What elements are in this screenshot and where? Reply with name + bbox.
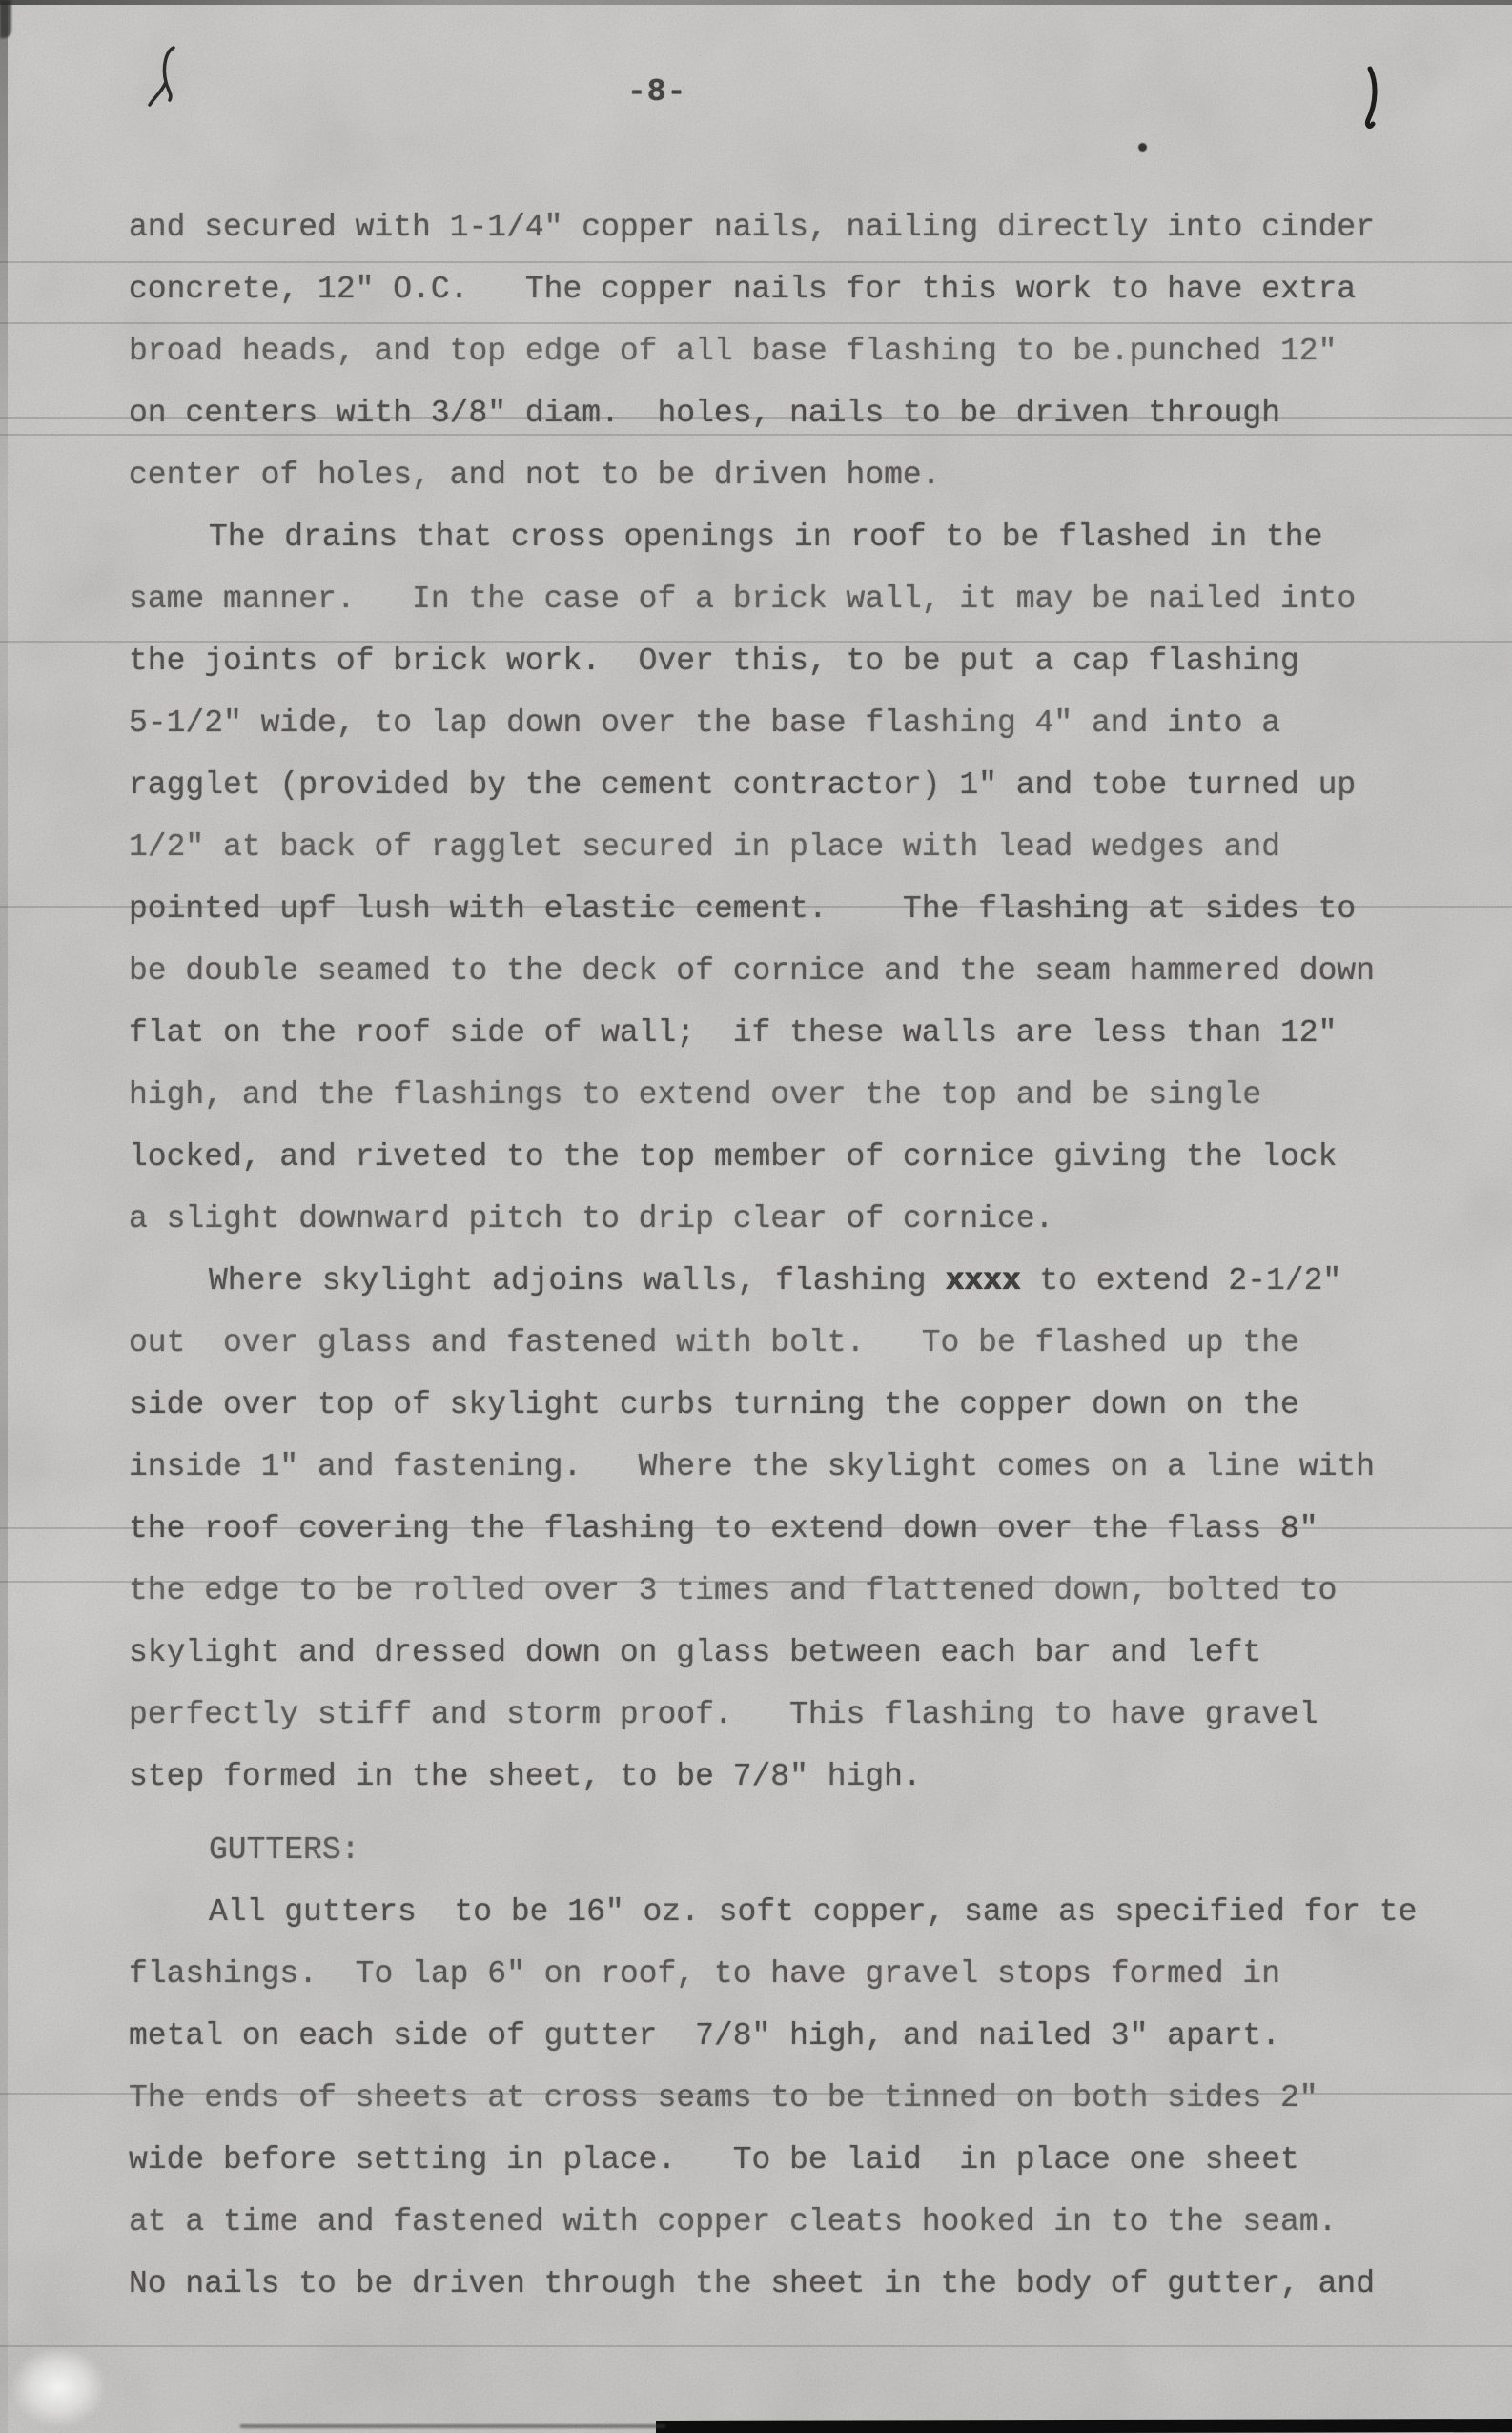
scan-bottom-light-patch	[13, 2349, 104, 2425]
text-line: at a time and fastened with copper cleat…	[129, 2191, 1463, 2253]
page-number: -8-	[627, 74, 686, 110]
document-text-block: and secured with 1-1/4" copper nails, na…	[129, 196, 1463, 2315]
text-line: wide before setting in place. To be laid…	[129, 2129, 1463, 2191]
text-line: The ends of sheets at cross seams to be …	[129, 2067, 1463, 2129]
text-line: 1/2" at back of ragglet secured in place…	[129, 816, 1463, 878]
text-line: same manner. In the case of a brick wall…	[129, 568, 1463, 630]
text-line: a slight downward pitch to drip clear of…	[129, 1188, 1463, 1250]
text-line: The drains that cross openings in roof t…	[129, 506, 1463, 568]
ink-dot-mark	[1138, 143, 1147, 152]
text-line: All gutters to be 16" oz. soft copper, s…	[129, 1881, 1463, 1943]
text-line: metal on each side of gutter 7/8" high, …	[129, 2005, 1463, 2067]
scan-streak	[0, 2345, 1512, 2347]
text-line: out over glass and fastened with bolt. T…	[129, 1312, 1463, 1374]
text-line: the joints of brick work. Over this, to …	[129, 630, 1463, 692]
text-line: be double seamed to the deck of cornice …	[129, 940, 1463, 1002]
scan-bottom-line	[240, 2424, 665, 2428]
scan-corner-blot	[0, 0, 11, 38]
text-line: 5-1/2" wide, to lap down over the base f…	[129, 692, 1463, 754]
scan-edge-left	[0, 0, 8, 2433]
text-line: ragglet (provided by the cement contract…	[129, 754, 1463, 816]
text-line: locked, and riveted to the top member of…	[129, 1126, 1463, 1188]
text-line: flat on the roof side of wall; if these …	[129, 1002, 1463, 1064]
text-line: flashings. To lap 6" on roof, to have gr…	[129, 1943, 1463, 2005]
scanned-document-page: -8- and secured with 1-1/4" copper nails…	[0, 0, 1512, 2433]
text-line: the roof covering the flashing to extend…	[129, 1498, 1463, 1560]
ink-tick-mark	[1356, 63, 1386, 135]
text-line: inside 1" and fastening. Where the skyli…	[129, 1436, 1463, 1498]
text-line: No nails to be driven through the sheet …	[129, 2253, 1463, 2315]
text-line: broad heads, and top edge of all base fl…	[129, 320, 1463, 382]
text-line: side over top of skylight curbs turning …	[129, 1374, 1463, 1436]
ink-squiggle-mark	[141, 42, 193, 114]
text-line: the edge to be rolled over 3 times and f…	[129, 1560, 1463, 1622]
text-line: perfectly stiff and storm proof. This fl…	[129, 1684, 1463, 1746]
text-segment: to extend 2-1/2"	[1021, 1263, 1342, 1298]
text-line: skylight and dressed down on glass betwe…	[129, 1622, 1463, 1684]
text-line: pointed upf lush with elastic cement. Th…	[129, 878, 1463, 940]
scan-bottom-bar	[656, 2419, 1512, 2433]
text-line: GUTTERS:	[129, 1819, 1463, 1881]
text-line: on centers with 3/8" diam. holes, nails …	[129, 382, 1463, 444]
text-line: center of holes, and not to be driven ho…	[129, 444, 1463, 506]
text-line: and secured with 1-1/4" copper nails, na…	[129, 196, 1463, 258]
scan-edge-top	[0, 0, 1512, 5]
text-segment: Where skylight adjoins walls, flashing	[209, 1263, 945, 1298]
text-line: high, and the flashings to extend over t…	[129, 1064, 1463, 1126]
text-line: Where skylight adjoins walls, flashing x…	[129, 1250, 1463, 1312]
text-line: step formed in the sheet, to be 7/8" hig…	[129, 1746, 1463, 1808]
struck-out-word: xxxx	[945, 1263, 1020, 1298]
text-line: concrete, 12" O.C. The copper nails for …	[129, 258, 1463, 320]
